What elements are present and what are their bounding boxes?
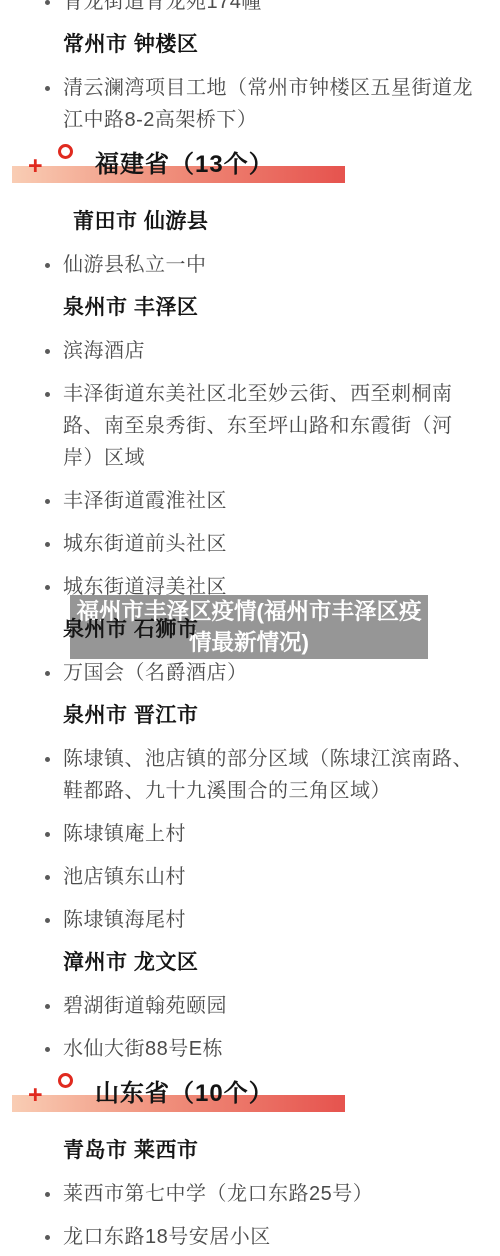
list-item-text: 丰泽街道霞淮社区 — [63, 490, 227, 512]
bullet-dot-icon — [45, 86, 50, 91]
city-district-header: 泉州市 晋江市 — [0, 700, 500, 732]
list-item-text: 清云澜湾项目工地（常州市钟楼区五星街道龙江中路8-2高架桥下） — [63, 77, 473, 131]
list-item: 池店镇东山村 — [0, 861, 500, 893]
list-item-text: 碧湖街道翰苑颐园 — [63, 995, 227, 1017]
province-title: 山东省（10个） — [95, 1079, 274, 1109]
list-item-text: 青龙街道青龙苑174幢 — [63, 0, 262, 13]
list-item-text: 水仙大街88号E栋 — [63, 1038, 223, 1060]
list-item: 万国会（名爵酒店） — [0, 657, 500, 689]
list-item-text: 万国会（名爵酒店） — [63, 662, 248, 684]
bullet-dot-icon — [45, 499, 50, 504]
list-item-text: 龙口东路18号安居小区 — [63, 1226, 271, 1248]
list-item-text: 池店镇东山村 — [63, 866, 186, 888]
plus-decoration-icon: + — [28, 154, 43, 178]
list-item: 龙口东路18号安居小区 — [0, 1221, 500, 1253]
bullet-dot-icon — [45, 1047, 50, 1052]
city-district-header: 泉州市 石狮市 — [0, 614, 500, 646]
plus-decoration-icon: + — [28, 1083, 43, 1107]
bullet-dot-icon — [45, 1235, 50, 1240]
list-item-text: 丰泽街道东美社区北至妙云街、西至刺桐南路、南至泉秀街、东至坪山路和东霞街（河岸）… — [63, 383, 453, 469]
province-title: 福建省（13个） — [95, 150, 274, 180]
risk-area-page: 青龙街道青龙苑174幢常州市 钟楼区清云澜湾项目工地（常州市钟楼区五星街道龙江中… — [0, 0, 500, 1256]
list-item-text: 莱西市第七中学（龙口东路25号） — [63, 1183, 373, 1205]
list-item: 清云澜湾项目工地（常州市钟楼区五星街道龙江中路8-2高架桥下） — [0, 72, 500, 136]
list-item: 莱西市第七中学（龙口东路25号） — [0, 1178, 500, 1210]
province-section-banner: +福建省（13个） — [0, 150, 500, 184]
list-item: 青龙街道青龙苑174幢 — [0, 0, 500, 18]
city-district-header: 常州市 钟楼区 — [0, 29, 500, 61]
bullet-dot-icon — [45, 875, 50, 880]
bullet-dot-icon — [45, 832, 50, 837]
bullet-dot-icon — [45, 0, 50, 5]
list-item: 水仙大街88号E栋 — [0, 1033, 500, 1065]
bullet-dot-icon — [45, 585, 50, 590]
list-item-text: 滨海酒店 — [63, 340, 145, 362]
list-item-text: 仙游县私立一中 — [63, 254, 207, 276]
bullet-dot-icon — [45, 1004, 50, 1009]
bullet-dot-icon — [45, 263, 50, 268]
list-item: 丰泽街道霞淮社区 — [0, 485, 500, 517]
list-item: 滨海酒店 — [0, 335, 500, 367]
bullet-dot-icon — [45, 392, 50, 397]
ring-decoration-icon — [58, 144, 73, 159]
bullet-dot-icon — [45, 918, 50, 923]
ring-decoration-icon — [58, 1073, 73, 1088]
list-item: 碧湖街道翰苑颐园 — [0, 990, 500, 1022]
list-item: 城东街道前头社区 — [0, 528, 500, 560]
bullet-dot-icon — [45, 542, 50, 547]
list-item-text: 陈埭镇海尾村 — [63, 909, 186, 931]
list-item: 陈埭镇、池店镇的部分区域（陈埭江滨南路、鞋都路、九十九溪围合的三角区域） — [0, 743, 500, 807]
city-district-header: 莆田市 仙游县 — [0, 206, 500, 238]
list-item-text: 陈埭镇庵上村 — [63, 823, 186, 845]
risk-area-list: 青龙街道青龙苑174幢常州市 钟楼区清云澜湾项目工地（常州市钟楼区五星街道龙江中… — [0, 0, 500, 1256]
list-item: 丰泽街道东美社区北至妙云街、西至刺桐南路、南至泉秀街、东至坪山路和东霞街（河岸）… — [0, 378, 500, 474]
bullet-dot-icon — [45, 349, 50, 354]
city-district-header: 泉州市 丰泽区 — [0, 292, 500, 324]
list-item-text: 城东街道前头社区 — [63, 533, 227, 555]
city-district-header: 漳州市 龙文区 — [0, 947, 500, 979]
list-item: 仙游县私立一中 — [0, 249, 500, 281]
list-item: 陈埭镇海尾村 — [0, 904, 500, 936]
list-item: 陈埭镇庵上村 — [0, 818, 500, 850]
city-district-header: 青岛市 莱西市 — [0, 1135, 500, 1167]
list-item-text: 陈埭镇、池店镇的部分区域（陈埭江滨南路、鞋都路、九十九溪围合的三角区域） — [63, 748, 473, 802]
bullet-dot-icon — [45, 1192, 50, 1197]
bullet-dot-icon — [45, 671, 50, 676]
bullet-dot-icon — [45, 757, 50, 762]
province-section-banner: +山东省（10个） — [0, 1079, 500, 1113]
